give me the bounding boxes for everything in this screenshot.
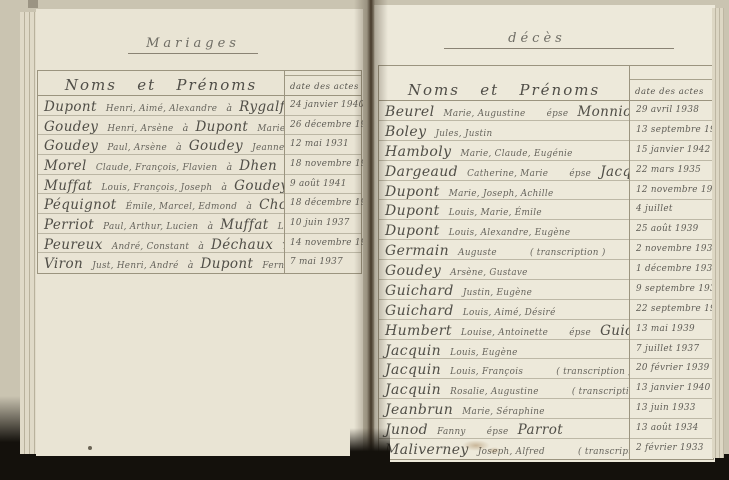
left-page: Mariages Noms et Prénoms date des actes … [36, 9, 363, 456]
table-row: Goudey Henri, Arsène à Dupont Marie, Céc… [38, 116, 361, 136]
table-row: Hamboly Marie, Claude, Eugénie 15 janvie… [379, 141, 713, 161]
table-row: Jeanbrun Marie, Séraphine 13 juin 1933 [379, 399, 713, 419]
act-date: 25 août 1939 [636, 220, 699, 240]
deceased-surname: Guichard [385, 303, 454, 319]
act-date: 12 novembre 1934 [636, 181, 715, 201]
link-word: à [207, 221, 213, 232]
table-row: Dupont Henri, Aimé, Alexandre à Rygalfo … [38, 96, 361, 116]
bride-surname: Goudey [234, 178, 284, 194]
row-names: Maliverney Joseph, Alfred ( transcriptio… [379, 439, 629, 462]
table-row: Guichard Justin, Eugène 9 septembre 1933 [379, 280, 713, 300]
spouse-label: épse [569, 328, 591, 338]
deceased-surname: Dupont [385, 184, 440, 200]
marriages-rows: Dupont Henri, Aimé, Alexandre à Rygalfo … [38, 96, 361, 273]
groom-surname: Goudey [44, 119, 98, 135]
deaths-table: Noms et Prénoms date des actes Beurel Ma… [378, 65, 714, 460]
act-date: 13 juin 1933 [636, 399, 696, 419]
groom-surname: Viron [44, 256, 83, 272]
groom-given-names: Paul, Arsène [107, 143, 167, 153]
table-row: Dupont Louis, Alexandre, Eugène 25 août … [379, 220, 713, 240]
bride-given-names: Marie, Cécile, Alice [257, 124, 284, 134]
date-header-topline [629, 79, 713, 80]
deceased-surname: Jacquin [385, 382, 441, 398]
date-column-header: date des actes [635, 87, 704, 97]
right-page: décès Noms et Prénoms date des actes Beu… [374, 5, 715, 462]
spouse-surname: Guichard [600, 323, 629, 339]
corner-shadow [28, 0, 38, 8]
deaths-rows: Beurel Marie, Augustine épse Monniot 29 … [379, 101, 713, 459]
deceased-given-names: Louis, Aimé, Désiré [463, 308, 556, 318]
deceased-surname: Goudey [385, 263, 441, 279]
deceased-given-names: Arsène, Gustave [450, 268, 527, 278]
groom-given-names: Émile, Marcel, Edmond [126, 202, 237, 212]
table-row: Morel Claude, François, Flavien à Dhen A… [38, 155, 361, 175]
table-row: Viron Just, Henri, André à Dupont Fernan… [38, 253, 361, 273]
groom-surname: Dupont [44, 99, 97, 115]
table-row: Dargeaud Catherine, Marie épse Jacquin 2… [379, 161, 713, 181]
deceased-surname: Boley [385, 124, 426, 140]
link-word: à [221, 182, 227, 193]
act-date: 22 mars 1935 [636, 161, 701, 181]
deceased-surname: Maliverney [385, 442, 469, 458]
paper-stain [462, 440, 490, 451]
deceased-surname: Germain [385, 243, 449, 259]
act-date: 24 janvier 1940 [290, 96, 363, 116]
groom-given-names: Henri, Aimé, Alexandre [106, 104, 217, 114]
deceased-given-names: Justin, Eugène [463, 288, 532, 298]
table-row: Péquignot Émile, Marcel, Edmond à Choix … [38, 194, 361, 214]
link-word: à [176, 142, 182, 153]
deceased-given-names: Rosalie, Augustine [450, 387, 539, 397]
groom-surname: Peureux [44, 237, 103, 253]
table-row: Germain Auguste ( transcription ) 2 nove… [379, 240, 713, 260]
deceased-surname: Guichard [385, 283, 454, 299]
spouse-label: épse [569, 169, 591, 179]
deceased-surname: Jacquin [385, 343, 441, 359]
deceased-given-names: Catherine, Marie [467, 169, 548, 179]
deceased-surname: Hamboly [385, 144, 451, 160]
act-date: 10 juin 1937 [290, 214, 350, 234]
act-date: 22 septembre 1934 [636, 300, 715, 320]
link-word: à [246, 201, 252, 212]
deceased-surname: Beurel [385, 104, 434, 120]
deceased-given-names: Louis, Alexandre, Eugène [449, 228, 571, 238]
groom-surname: Morel [44, 158, 87, 174]
bride-surname: Choix [259, 197, 284, 213]
date-column-header: date des actes [290, 82, 359, 92]
spouse-surname: Parrot [518, 422, 563, 438]
groom-given-names: Louis, François, Joseph [101, 183, 212, 193]
names-column-header: Noms et Prénoms [379, 81, 629, 99]
act-date: 12 mai 1931 [290, 135, 349, 155]
table-row: Dupont Marie, Joseph, Achille 12 novembr… [379, 181, 713, 201]
table-row: Jacquin Louis, François ( transcription … [379, 359, 713, 379]
right-page-title: décès [444, 31, 674, 49]
groom-given-names: Henri, Arsène [107, 124, 173, 134]
act-date: 18 novembre 1937 [290, 155, 363, 175]
link-word: à [226, 162, 232, 173]
date-header-topline [284, 75, 361, 76]
deceased-surname: Humbert [385, 323, 452, 339]
deceased-given-names: Auguste [458, 248, 497, 258]
bride-surname: Dupont [195, 119, 248, 135]
table-row: Peureux André, Constant à Déchaux Yvonne… [38, 234, 361, 254]
paper-stain [487, 447, 501, 454]
deceased-given-names: Marie, Augustine [444, 109, 526, 119]
bride-given-names: Jeanne, Louise [252, 143, 284, 153]
link-word: à [188, 260, 194, 271]
act-date: 18 décembre 1932 [290, 194, 363, 214]
table-row: Jacquin Rosalie, Augustine ( transcripti… [379, 379, 713, 399]
table-row: Humbert Louise, Antoinette épse Guichard… [379, 320, 713, 340]
bride-surname: Déchaux [211, 237, 273, 253]
table-row: Jacquin Louis, Eugène 7 juillet 1937 [379, 340, 713, 360]
groom-given-names: Paul, Arthur, Lucien [103, 222, 198, 232]
deceased-given-names: Marie, Claude, Eugénie [461, 149, 573, 159]
act-date: 15 janvier 1942 [636, 141, 711, 161]
act-date: 2 novembre 1939 [636, 240, 715, 260]
groom-given-names: Just, Henri, André [92, 261, 178, 271]
table-row: Dupont Louis, Marie, Émile 4 juillet [379, 200, 713, 220]
spouse-surname: Jacquin [600, 164, 629, 180]
marriages-table: Noms et Prénoms date des actes Dupont He… [37, 70, 362, 274]
act-date: 7 mai 1937 [290, 253, 343, 273]
deceased-given-names: Louis, Marie, Émile [449, 208, 542, 218]
act-date: 20 février 1939 [636, 359, 710, 379]
act-date: 1 décembre 1934 [636, 260, 715, 280]
deaths-table-header: Noms et Prénoms date des actes [379, 66, 713, 101]
table-row: Guichard Louis, Aimé, Désiré 22 septembr… [379, 300, 713, 320]
link-word: à [198, 241, 204, 252]
table-row: Goudey Paul, Arsène à Goudey Jeanne, Lou… [38, 135, 361, 155]
spouse-surname: Monniot [577, 104, 629, 120]
transcription-note: ( transcription ) [572, 387, 629, 397]
act-date: 26 décembre 1931 [290, 116, 363, 136]
deceased-surname: Jeanbrun [385, 402, 453, 418]
deceased-surname: Dupont [385, 223, 440, 239]
deceased-surname: Jacquin [385, 362, 441, 378]
bride-surname: Muffat [220, 217, 268, 233]
marriages-table-header: Noms et Prénoms date des actes [38, 71, 361, 96]
act-date: 13 septembre 1939 [636, 121, 715, 141]
ink-speck [88, 446, 92, 450]
groom-surname: Péquignot [44, 197, 117, 213]
transcription-note: ( transcription ) [578, 447, 629, 457]
transcription-note: ( transcription ) [530, 248, 606, 258]
row-names: Viron Just, Henri, André à Dupont Fernan… [38, 253, 284, 277]
link-word: à [226, 103, 232, 114]
deceased-surname: Junod [385, 422, 428, 438]
bride-surname: Dupont [201, 256, 254, 272]
table-row: Perriot Paul, Arthur, Lucien à Muffat Lu… [38, 214, 361, 234]
deceased-given-names: Louis, Eugène [450, 348, 517, 358]
spouse-label: épse [487, 427, 509, 437]
groom-surname: Muffat [44, 178, 92, 194]
bride-surname: Rygalfo [239, 99, 284, 115]
bride-given-names: Fernande, Caroline [262, 261, 284, 271]
groom-surname: Perriot [44, 217, 94, 233]
act-date: 2 février 1933 [636, 439, 704, 459]
column-separator [629, 66, 630, 459]
link-word: à [183, 123, 189, 134]
table-row: Junod Fanny épse Parrot 13 août 1934 [379, 419, 713, 439]
deceased-given-names: Jules, Justin [435, 129, 492, 139]
deceased-surname: Dupont [385, 203, 440, 219]
table-row: Maliverney Joseph, Alfred ( transcriptio… [379, 439, 713, 459]
act-date: 4 juillet [636, 200, 673, 220]
act-date: 9 août 1941 [290, 175, 347, 195]
act-date: 13 août 1934 [636, 419, 699, 439]
deceased-given-names: Marie, Joseph, Achille [449, 189, 554, 199]
groom-surname: Goudey [44, 138, 98, 154]
transcription-note: ( transcription ) [556, 367, 629, 377]
scanned-register-spread: Mariages Noms et Prénoms date des actes … [0, 0, 729, 480]
bride-surname: Goudey [189, 138, 243, 154]
act-date: 14 novembre 1936 [290, 234, 363, 254]
deceased-surname: Dargeaud [385, 164, 458, 180]
act-date: 7 juillet 1937 [636, 340, 699, 360]
act-date: 29 avril 1938 [636, 101, 699, 121]
act-date: 13 mai 1939 [636, 320, 695, 340]
bride-surname: Dhen [239, 158, 277, 174]
table-row: Goudey Arsène, Gustave 1 décembre 1934 [379, 260, 713, 280]
act-date: 13 janvier 1940 [636, 379, 711, 399]
left-page-title: Mariages [128, 36, 258, 54]
act-date: 9 septembre 1933 [636, 280, 715, 300]
table-row: Beurel Marie, Augustine épse Monniot 29 … [379, 101, 713, 121]
groom-given-names: André, Constant [112, 242, 189, 252]
column-separator [284, 71, 285, 273]
deceased-given-names: Louis, François [450, 367, 523, 377]
deceased-given-names: Fanny [437, 427, 466, 437]
names-column-header: Noms et Prénoms [38, 76, 284, 94]
right-page-edge [712, 8, 724, 458]
table-row: Boley Jules, Justin 13 septembre 1939 [379, 121, 713, 141]
groom-given-names: Claude, François, Flavien [96, 163, 218, 173]
table-row: Muffat Louis, François, Joseph à Goudey … [38, 175, 361, 195]
spouse-label: épse [547, 109, 569, 119]
deceased-given-names: Marie, Séraphine [462, 407, 545, 417]
deceased-given-names: Louise, Antoinette [461, 328, 548, 338]
